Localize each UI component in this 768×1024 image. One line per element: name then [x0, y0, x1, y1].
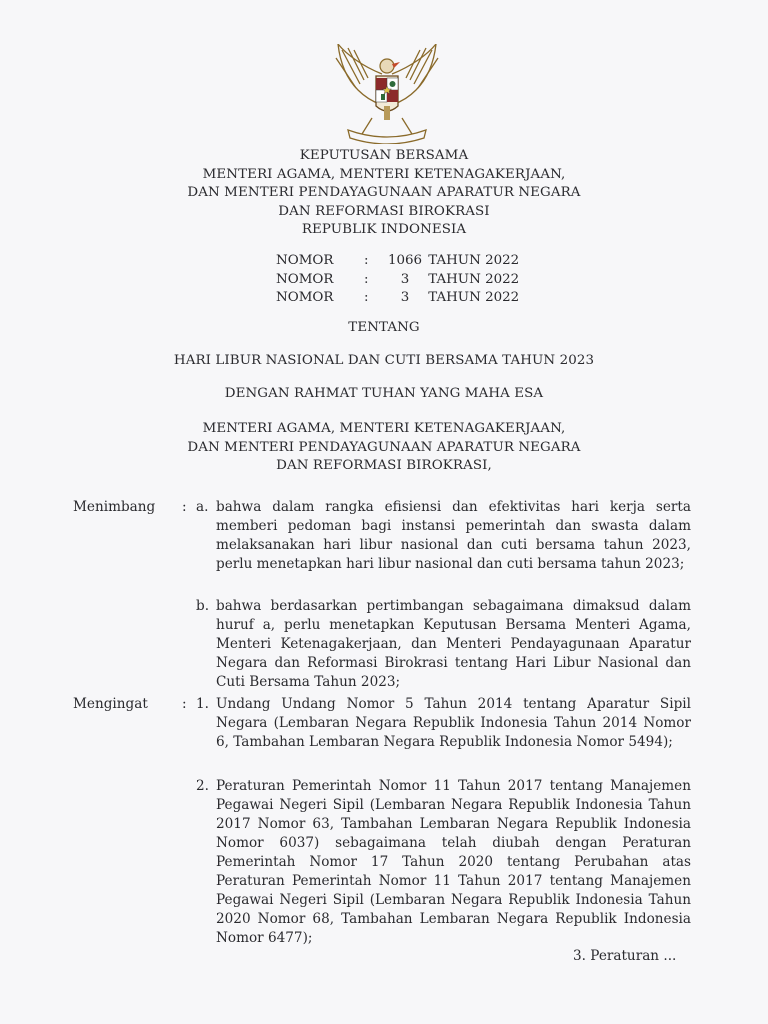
- invocation: DENGAN RAHMAT TUHAN YANG MAHA ESA: [0, 385, 768, 404]
- number-label: NOMOR: [276, 252, 364, 271]
- decree-numbers: NOMOR:1066 TAHUN 2022 NOMOR:3 TAHUN 2022…: [276, 252, 519, 308]
- number-label: NOMOR: [276, 289, 364, 308]
- header-line-4: DAN REFORMASI BIROKRASI: [0, 203, 768, 222]
- issuer-line-1: MENTERI AGAMA, MENTERI KETENAGAKERJAAN,: [0, 420, 768, 439]
- number-year: TAHUN 2022: [428, 289, 519, 308]
- number-label: NOMOR: [276, 271, 364, 290]
- number-row: NOMOR:1066 TAHUN 2022: [276, 252, 519, 271]
- document-page: KEPUTUSAN BERSAMA MENTERI AGAMA, MENTERI…: [0, 0, 768, 1024]
- mengingat-item-1: Undang Undang Nomor 5 Tahun 2014 tentang…: [216, 695, 691, 752]
- mengingat-separator: :: [182, 695, 187, 714]
- number-row: NOMOR:3 TAHUN 2022: [276, 271, 519, 290]
- tentang-heading: TENTANG: [0, 319, 768, 338]
- item-marker: 2.: [196, 777, 209, 796]
- number-separator: :: [364, 271, 386, 290]
- number-year: TAHUN 2022: [428, 271, 519, 290]
- issuer-line-3: DAN REFORMASI BIROKRASI,: [0, 457, 768, 476]
- number-separator: :: [364, 252, 386, 271]
- header-line-3: DAN MENTERI PENDAYAGUNAAN APARATUR NEGAR…: [0, 184, 768, 203]
- item-marker: b.: [196, 597, 209, 616]
- number-row: NOMOR:3 TAHUN 2022: [276, 289, 519, 308]
- garuda-pancasila-emblem-icon: [332, 44, 442, 144]
- menimbang-item-a: bahwa dalam rangka efisiensi dan efektiv…: [216, 498, 691, 574]
- page-continuation: 3. Peraturan ...: [573, 948, 676, 964]
- number-value: 3: [386, 289, 424, 308]
- number-value: 3: [386, 271, 424, 290]
- menimbang-separator: :: [182, 498, 187, 517]
- number-separator: :: [364, 289, 386, 308]
- item-marker: a.: [196, 498, 208, 517]
- header-line-2: MENTERI AGAMA, MENTERI KETENAGAKERJAAN,: [0, 166, 768, 185]
- issuer-line-2: DAN MENTERI PENDAYAGUNAAN APARATUR NEGAR…: [0, 439, 768, 458]
- decree-subject: HARI LIBUR NASIONAL DAN CUTI BERSAMA TAH…: [0, 352, 768, 371]
- number-year: TAHUN 2022: [428, 252, 519, 271]
- mengingat-label: Mengingat: [73, 695, 148, 714]
- header-line-5: REPUBLIK INDONESIA: [0, 221, 768, 240]
- decree-header: KEPUTUSAN BERSAMA MENTERI AGAMA, MENTERI…: [0, 147, 768, 240]
- number-value: 1066: [386, 252, 424, 271]
- issuers-block: MENTERI AGAMA, MENTERI KETENAGAKERJAAN, …: [0, 420, 768, 476]
- header-line-1: KEPUTUSAN BERSAMA: [0, 147, 768, 166]
- menimbang-item-b: bahwa berdasarkan pertimbangan sebagaima…: [216, 597, 691, 692]
- item-marker: 1.: [196, 695, 209, 714]
- mengingat-item-2: Peraturan Pemerintah Nomor 11 Tahun 2017…: [216, 777, 691, 948]
- menimbang-label: Menimbang: [73, 498, 155, 517]
